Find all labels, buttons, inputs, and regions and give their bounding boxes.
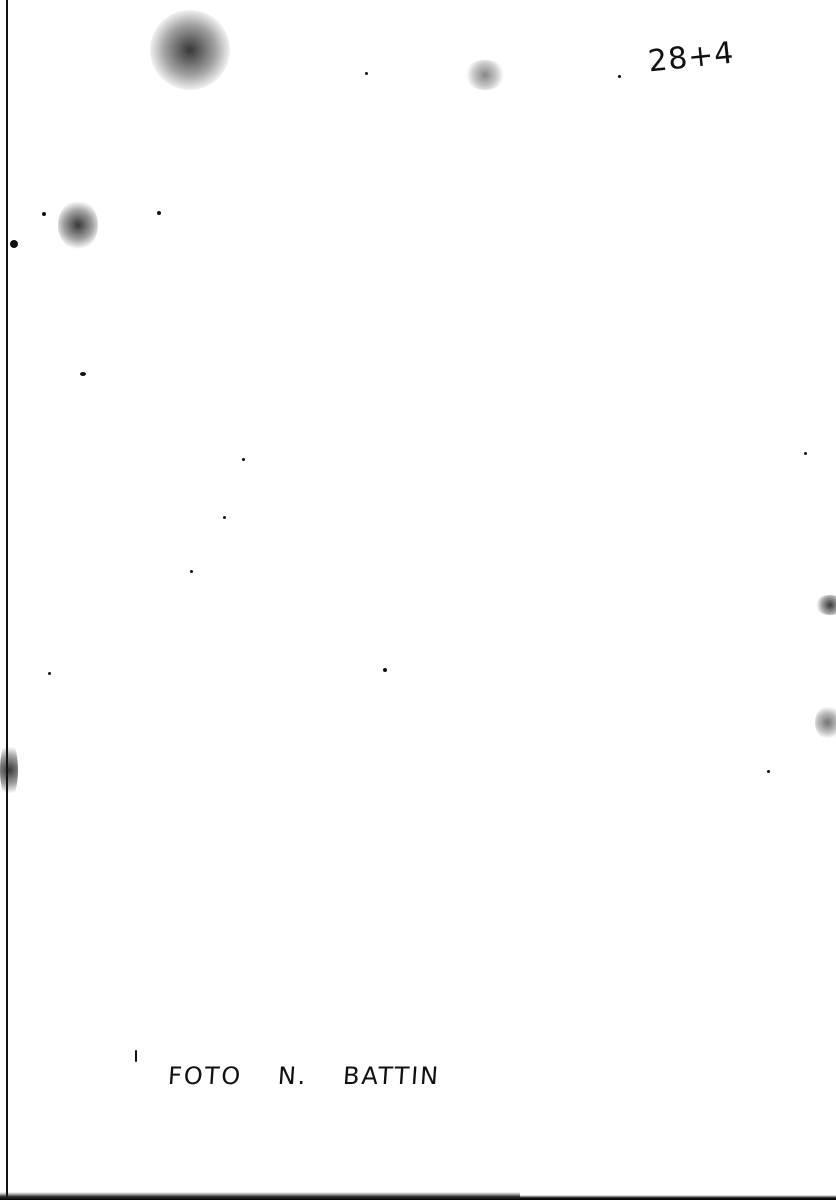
speck xyxy=(365,72,368,75)
speck xyxy=(223,516,226,519)
stain-left-edge-lower xyxy=(0,740,18,800)
stain-right-edge xyxy=(815,595,836,615)
photo-back-page: 28+4 FOTO N. BATTIN xyxy=(0,0,836,1200)
scan-bottom-border-shadow xyxy=(0,1192,520,1200)
stain-left xyxy=(58,200,98,250)
speck xyxy=(804,452,807,455)
speck xyxy=(190,570,193,573)
stain-right-lower xyxy=(815,705,836,740)
speck xyxy=(767,770,770,773)
speck xyxy=(618,75,621,78)
speck xyxy=(42,212,46,216)
catalog-number: 28+4 xyxy=(646,36,736,80)
speck xyxy=(10,240,18,248)
speck xyxy=(157,211,161,215)
scan-left-border xyxy=(6,0,8,1200)
photographer-credit: FOTO N. BATTIN xyxy=(167,1062,441,1090)
stain-top-center xyxy=(465,60,505,90)
stain-top-left xyxy=(150,10,230,90)
speck xyxy=(383,668,387,672)
speck xyxy=(135,1050,137,1062)
speck xyxy=(80,372,86,376)
speck xyxy=(48,672,51,675)
speck xyxy=(242,458,245,461)
